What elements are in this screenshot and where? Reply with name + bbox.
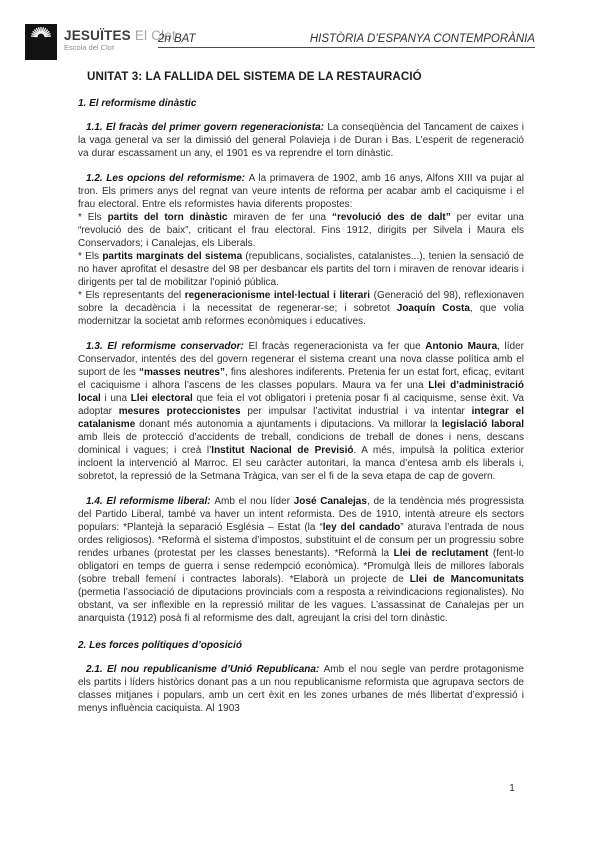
sunburst-icon	[25, 24, 57, 60]
paragraph: * Els partits del torn dinàstic miraven …	[78, 211, 524, 250]
paragraph: 1.1. El fracàs del primer govern regener…	[78, 121, 524, 160]
header-rule: 2n BAT HISTÒRIA D’ESPANYA CONTEMPORÀNIA	[158, 33, 535, 48]
page-title: UNITAT 3: LA FALLIDA DEL SISTEMA DE LA R…	[87, 70, 524, 83]
section-heading: 2. Les forces polítiques d’oposició	[78, 640, 524, 651]
document-page: JESUÏTES El Clot Escola del Clot 2n BAT …	[0, 0, 599, 848]
paragraph: 2.1. El nou republicanisme d’Unió Republ…	[78, 663, 524, 715]
page-number: 1	[505, 783, 519, 794]
paragraph: 1.4. El reformisme liberal: Amb el nou l…	[78, 495, 524, 625]
paragraph: * Els representants del regeneracionisme…	[78, 289, 524, 328]
document-body: UNITAT 3: LA FALLIDA DEL SISTEMA DE LA R…	[78, 70, 524, 715]
paragraph: 1.3. El reformisme conservador: El fracà…	[78, 340, 524, 483]
section-heading: 1. El reformisme dinàstic	[78, 98, 524, 109]
school-logo	[25, 24, 57, 60]
subject-label: HISTÒRIA D’ESPANYA CONTEMPORÀNIA	[310, 33, 535, 45]
course-label: 2n BAT	[158, 33, 196, 45]
paragraph: * Els partits marginats del sistema (rep…	[78, 250, 524, 289]
text-blocks: 1. El reformisme dinàstic1.1. El fracàs …	[78, 98, 524, 715]
school-name-main: JESUÏTES	[64, 28, 131, 43]
paragraph: 1.2. Les opcions del reformisme: A la pr…	[78, 172, 524, 211]
